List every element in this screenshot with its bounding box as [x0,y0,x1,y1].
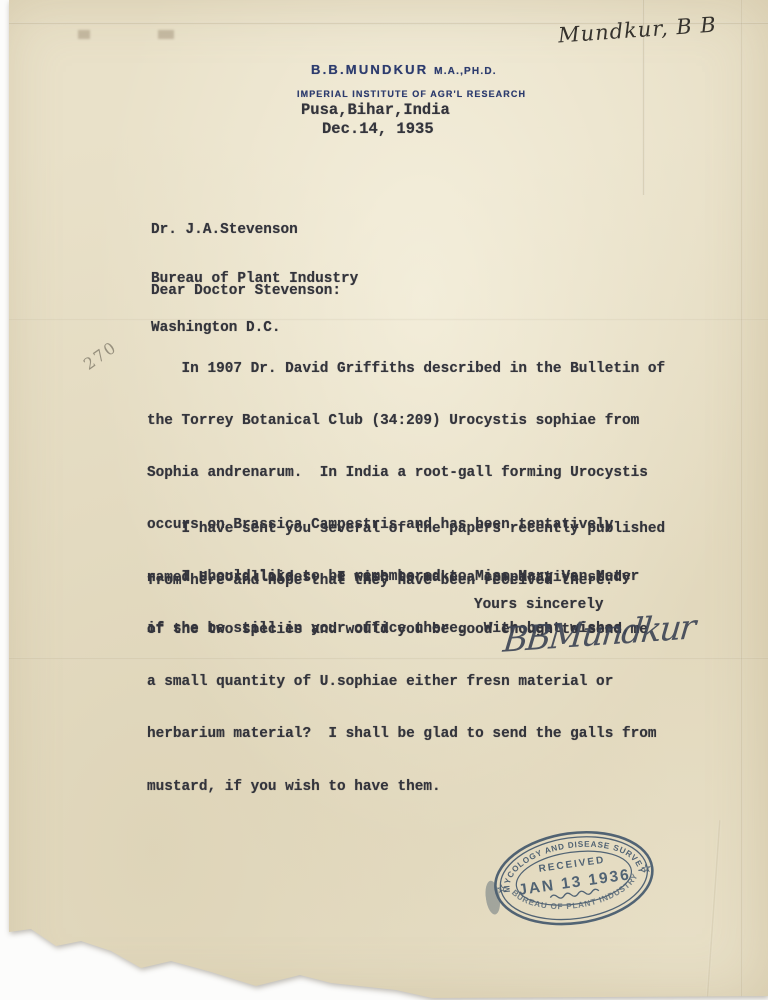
letter-page: Mundkur, B B B.B.MUNDKUR M.A.,PH.D. IMPE… [0,0,768,1000]
fold-crease-middle [0,318,768,321]
recipient-name: Dr. J.A.Stevenson [151,222,358,238]
filing-annotation-handwriting: Mundkur, B B [557,12,717,47]
stamp-star-left-icon: ☆ [496,883,508,896]
body-line: I should like to be remembered to Miss M… [147,569,639,586]
letterhead-institute: IMPERIAL INSTITUTE OF AGR'L RESEARCH [297,89,526,99]
received-stamp: MYCOLOGY AND DISEASE SURVEY BUREAU OF PL… [477,812,673,946]
faint-mark [158,30,174,39]
margin-pencil-number: 270 [80,337,121,374]
stamp-star-right-icon: ☆ [641,862,653,875]
salutation: Dear Doctor Stevenson: [151,283,341,299]
letter-date: Dec.14, 1935 [322,120,434,138]
body-line: herbarium material? I shall be glad to s… [147,726,665,743]
body-line: In 1907 Dr. David Griffiths described in… [147,361,665,378]
letterhead-name-text: B.B.MUNDKUR [311,62,428,77]
body-line: the Torrey Botanical Club (34:209) Urocy… [147,413,665,430]
faint-mark [78,30,90,39]
crease-vertical-right [740,0,743,1000]
body-line: a small quantity of U.sophiae either fre… [147,674,665,691]
body-line: mustard, if you wish to have them. [147,779,665,796]
letterhead-place: Pusa,Bihar,India [301,101,450,119]
crease-vertical-bottom [706,820,722,1000]
letterhead-name: B.B.MUNDKUR M.A.,PH.D. [311,62,497,77]
letterhead-degrees: M.A.,PH.D. [434,66,497,77]
valediction: Yours sincerely [474,597,604,613]
scan-background: Mundkur, B B B.B.MUNDKUR M.A.,PH.D. IMPE… [0,0,768,1000]
body-line: Sophia andrenarum. In India a root-gall … [147,465,665,482]
